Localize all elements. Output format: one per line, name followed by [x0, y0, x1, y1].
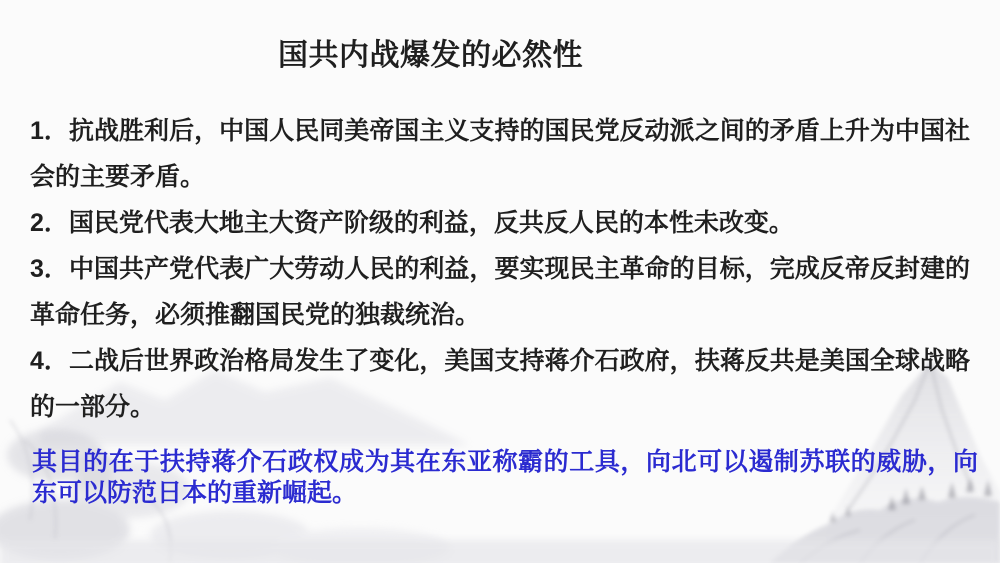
body-paragraph: 3．中国共产党代表广大劳动人民的利益，要实现民主革命的目标，完成反帝反封建的革命… [30, 246, 970, 338]
slide-title: 国共内战爆发的必然性 [278, 40, 583, 72]
presentation-slide: 国共内战爆发的必然性 1．抗战胜利后，中国人民同美帝国主义支持的国民党反动派之间… [0, 0, 1000, 563]
slide-content: 国共内战爆发的必然性 1．抗战胜利后，中国人民同美帝国主义支持的国民党反动派之间… [0, 0, 1000, 563]
highlight-text: 其目的在于扶持蒋介石政权成为其在东亚称霸的工具，向北可以遏制苏联的威胁，向东可以… [32, 447, 978, 509]
body-paragraph: 1．抗战胜利后，中国人民同美帝国主义支持的国民党反动派之间的矛盾上升为中国社会的… [30, 108, 970, 200]
body-paragraph: 2．国民党代表大地主大资产阶级的利益，反共反人民的本性未改变。 [30, 200, 970, 246]
body-paragraph: 4．二战后世界政治格局发生了变化，美国支持蒋介石政府，扶蒋反共是美国全球战略的一… [30, 338, 970, 430]
body-text: 1．抗战胜利后，中国人民同美帝国主义支持的国民党反动派之间的矛盾上升为中国社会的… [30, 108, 970, 430]
